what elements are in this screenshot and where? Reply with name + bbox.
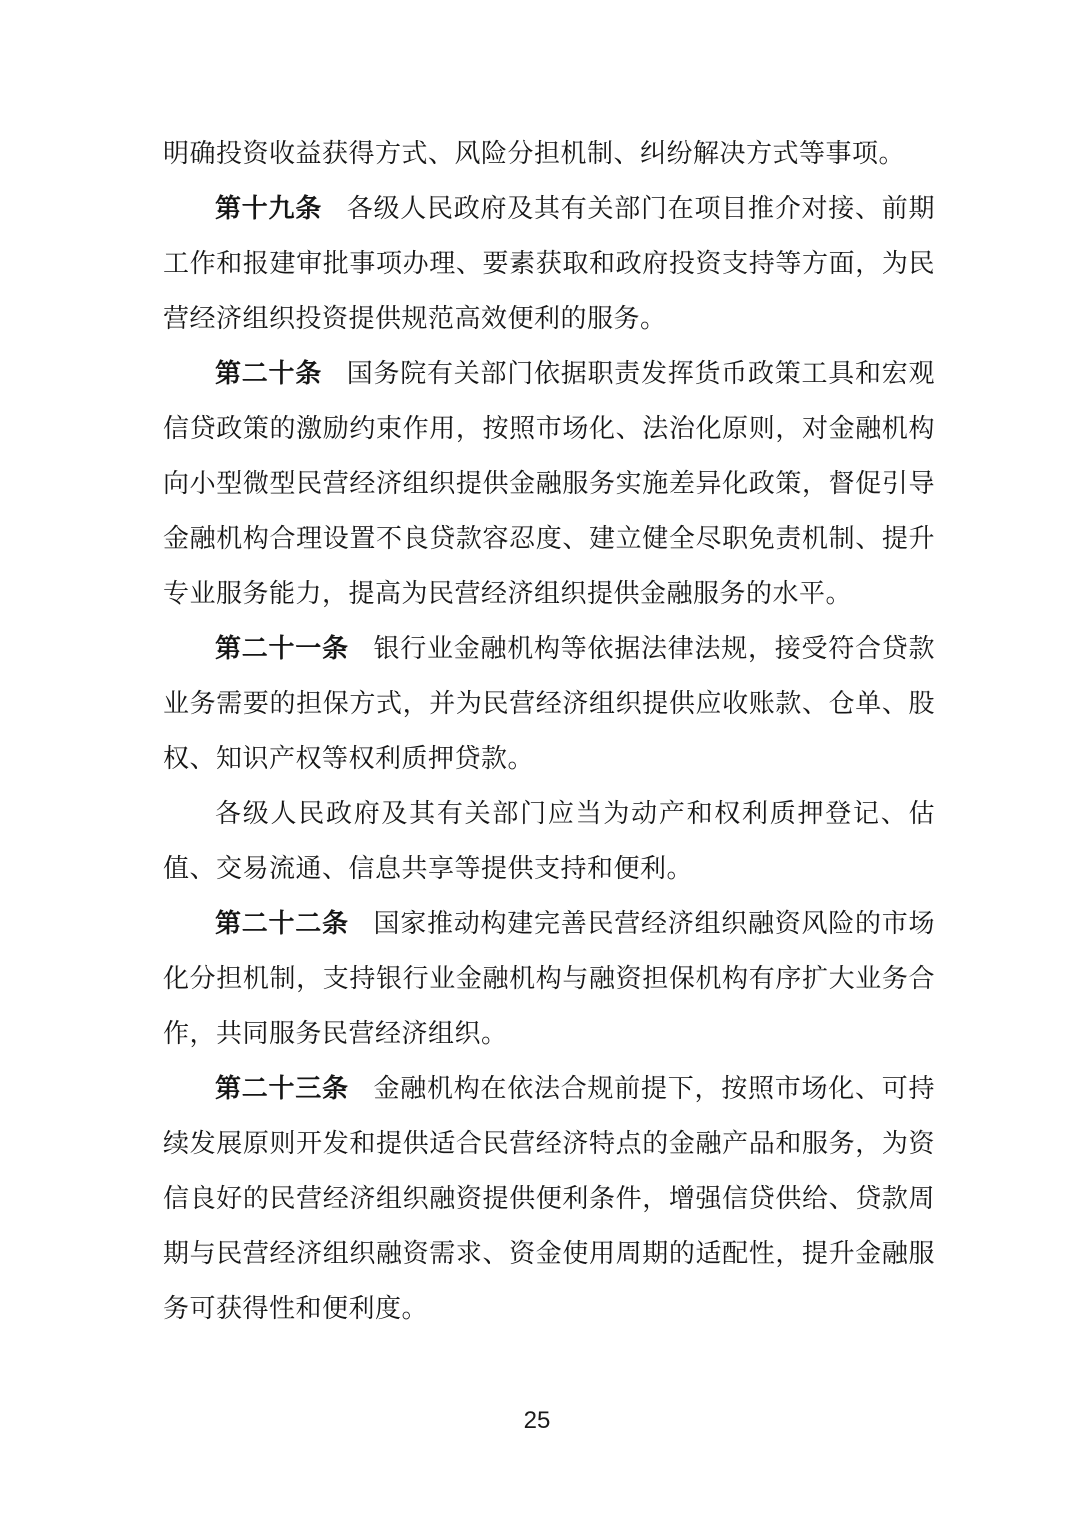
paragraph-article-23: 第二十三条金融机构在依法合规前提下，按照市场化、可持续发展原则开发和提供适合民营… xyxy=(163,1061,935,1336)
article-21-clause-2-text: 各级人民政府及其有关部门应当为动产和权利质押登记、估值、交易流通、信息共享等提供… xyxy=(163,799,935,883)
paragraph-article-21: 第二十一条银行业金融机构等依据法律法规，接受符合贷款业务需要的担保方式，并为民营… xyxy=(163,621,935,786)
paragraph-article-21-clause-2: 各级人民政府及其有关部门应当为动产和权利质押登记、估值、交易流通、信息共享等提供… xyxy=(163,786,935,896)
paragraph-continuation: 明确投资收益获得方式、风险分担机制、纠纷解决方式等事项。 xyxy=(163,126,935,181)
article-19-label: 第十九条 xyxy=(215,194,322,223)
article-23-text: 金融机构在依法合规前提下，按照市场化、可持续发展原则开发和提供适合民营经济特点的… xyxy=(163,1074,935,1323)
paragraph-article-22: 第二十二条国家推动构建完善民营经济组织融资风险的市场化分担机制，支持银行业金融机… xyxy=(163,896,935,1061)
article-22-label: 第二十二条 xyxy=(215,909,349,938)
article-23-label: 第二十三条 xyxy=(215,1074,349,1103)
paragraph-article-20: 第二十条国务院有关部门依据职责发挥货币政策工具和宏观信贷政策的激励约束作用，按照… xyxy=(163,346,935,621)
page-number: 25 xyxy=(0,1406,1074,1436)
paragraph-continuation-text: 明确投资收益获得方式、风险分担机制、纠纷解决方式等事项。 xyxy=(163,139,905,168)
paragraph-article-19: 第十九条各级人民政府及其有关部门在项目推介对接、前期工作和报建审批事项办理、要素… xyxy=(163,181,935,346)
article-20-label: 第二十条 xyxy=(215,359,322,388)
article-21-label: 第二十一条 xyxy=(215,634,349,663)
document-page: 明确投资收益获得方式、风险分担机制、纠纷解决方式等事项。 第十九条各级人民政府及… xyxy=(0,0,1074,1520)
document-body: 明确投资收益获得方式、风险分担机制、纠纷解决方式等事项。 第十九条各级人民政府及… xyxy=(163,126,935,1336)
article-20-text: 国务院有关部门依据职责发挥货币政策工具和宏观信贷政策的激励约束作用，按照市场化、… xyxy=(163,359,935,608)
